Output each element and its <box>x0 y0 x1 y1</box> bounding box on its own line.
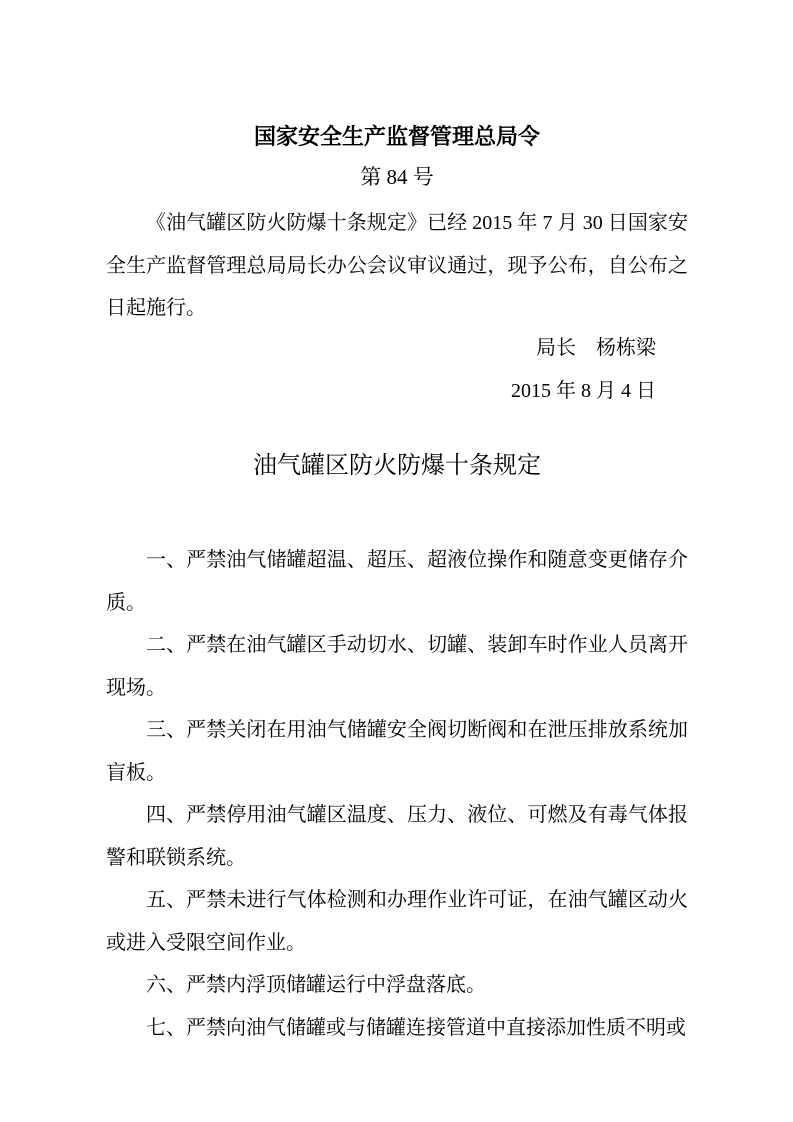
regulation-item-7: 七、严禁向油气储罐或与储罐连接管道中直接添加性质不明或 <box>106 1007 688 1050</box>
signature-block: 局长 杨栋梁 2015 年 8 月 4 日 <box>106 327 688 412</box>
regulation-item-1: 一、严禁油气储罐超温、超压、超液位操作和随意变更储存介质。 <box>106 539 688 624</box>
regulation-item-6: 六、严禁内浮顶储罐运行中浮盘落底。 <box>106 964 688 1007</box>
signature-date: 2015 年 8 月 4 日 <box>106 370 656 413</box>
regulation-item-4: 四、严禁停用油气罐区温度、压力、液位、可燃及有毒气体报警和联锁系统。 <box>106 794 688 879</box>
regulation-item-2: 二、严禁在油气罐区手动切水、切罐、装卸车时作业人员离开现场。 <box>106 624 688 709</box>
signer-name: 局长 杨栋梁 <box>106 327 656 370</box>
regulation-item-3: 三、严禁关闭在用油气储罐安全阀切断阀和在泄压排放系统加盲板。 <box>106 709 688 794</box>
document-page: 国家安全生产监督管理总局令 第 84 号 《油气罐区防火防爆十条规定》已经 20… <box>0 0 793 1122</box>
regulation-items: 一、严禁油气储罐超温、超压、超液位操作和随意变更储存介质。 二、严禁在油气罐区手… <box>106 539 688 1049</box>
intro-paragraph: 《油气罐区防火防爆十条规定》已经 2015 年 7 月 30 日国家安全生产监督… <box>106 202 688 330</box>
regulation-item-5: 五、严禁未进行气体检测和办理作业许可证，在油气罐区动火或进入受限空间作业。 <box>106 879 688 964</box>
document-title: 国家安全生产监督管理总局令 <box>106 123 688 151</box>
regulation-title: 油气罐区防火防爆十条规定 <box>106 449 688 483</box>
order-number: 第 84 号 <box>106 164 688 190</box>
